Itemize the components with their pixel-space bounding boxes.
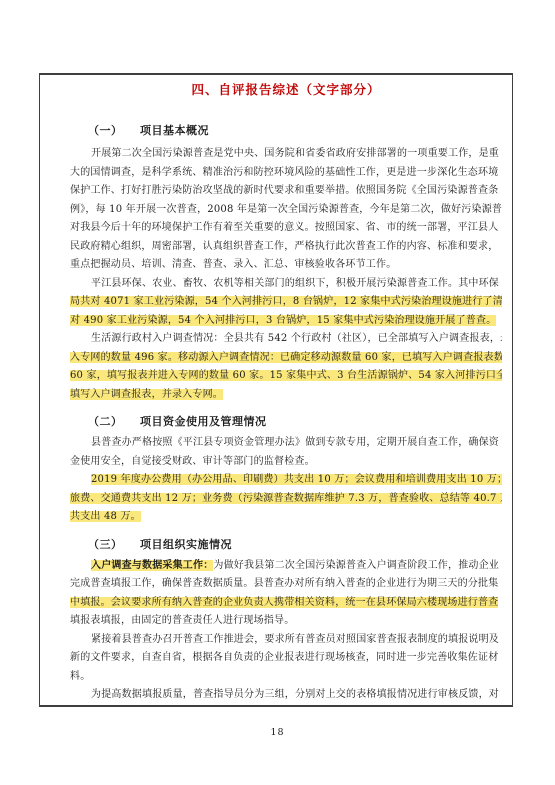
text-segment: （一） 项目基本概况 (88, 124, 209, 137)
section-heading: （一） 项目基本概况 (70, 121, 502, 141)
highlighted-text: 中填报。会议要求所有纳入普查的企业负责人携带相关资料，统一在县环保局六楼现场进行… (70, 597, 498, 608)
text-segment: （三） 项目组织实施情况 (88, 538, 232, 551)
text-segment: 对我县今后十年的环境保护工作有着至关重要的意义。按照国家、省、市的统一部署，平江… (70, 222, 498, 233)
highlighted-text: 入专网的数量 496 家。移动源入户调查情况：已确定移动源数量 60 家，已填写… (70, 352, 502, 363)
text-line: 县普查办严格按照《平江县专项资金管理办法》做到专款专用，定期开展自查工作，确保资 (70, 434, 502, 453)
text-segment: 重点把握动员、培训、清查、普查、录入、汇总、审核验收各环节工作。 (70, 259, 396, 270)
text-line: 局共对 4071 家工业污染源，54 个入河排污口，8 台锅炉，12 家集中式污… (70, 293, 502, 312)
highlighted-text: 局共对 4071 家工业污染源，54 个入河排污口，8 台锅炉，12 家集中式污… (70, 296, 502, 307)
highlighted-text: 入户调查与数据采集工作： (91, 560, 213, 571)
text-line: 2019 年度办公费用（办公用品、印刷费）共支出 10 万；会议费用和培训费用支… (70, 471, 502, 490)
text-segment: 料。 (70, 671, 90, 682)
text-line: 例》，每 10 年开展一次普查，2008 年是第一次全国污染源普查，今年是第二次… (70, 201, 502, 220)
text-segment: 县普查办严格按照《平江县专项资金管理办法》做到专款专用，定期开展自查工作，确保资 (91, 437, 499, 448)
text-line: 60 家，填写报表并进入专网的数量 60 家。15 家集中式、3 台生活源锅炉、… (70, 367, 502, 386)
text-segment: 为做好我县第二次全国污染源普查入户调查阶段工作，推动企业 (213, 560, 499, 571)
text-segment: 民政府精心组织，周密部署，认真组织普查工作，严格执行此次普查工作的内容、标准和要… (70, 241, 498, 252)
text-line: 生活源行政村入户调查情况：全县共有 542 个行政村（社区），已全部填写入户调查… (70, 330, 502, 349)
text-line: 重点把握动员、培训、清查、普查、录入、汇总、审核验收各环节工作。 (70, 256, 502, 275)
highlighted-text: 旅费、交通费共支出 12 万；业务费（污染源普查数据库维护 7.3 万，普查验收… (70, 493, 502, 504)
text-line: 保护工作、打好打胜污染防治攻坚战的新时代要求和重要举措。依照国务院《全国污染源普… (70, 182, 502, 201)
section-heading: （二） 项目资金使用及管理情况 (70, 412, 502, 432)
text-line: 中填报。会议要求所有纳入普查的企业负责人携带相关资料，统一在县环保局六楼现场进行… (70, 594, 502, 613)
content-border-box: 四、自评报告综述（文字部分）（一） 项目基本概况开展第二次全国污染源普查是党中央… (39, 73, 513, 707)
text-line: 民政府精心组织，周密部署，认真组织普查工作，严格执行此次普查工作的内容、标准和要… (70, 238, 502, 257)
text-segment: 例》，每 10 年开展一次普查，2008 年是第一次全国污染源普查，今年是第二次… (70, 204, 502, 215)
text-line: 料。 (70, 668, 502, 687)
text-segment: 大的国情调查，是科学系统、精准治污和防控环境风险的基础性工作，更是进一步深化生态… (70, 167, 498, 178)
text-segment: 为提高数据填报质量，普查指导员分为三组，分别对上交的表格填报情况进行审核反馈，对 (91, 689, 499, 700)
highlighted-text: 对 490 家工业污染源，54 个入河排污口，3 台锅炉，15 家集中式污染治理… (70, 315, 496, 326)
text-line: 开展第二次全国污染源普查是党中央、国务院和省委省政府安排部署的一项重要工作，是重 (70, 145, 502, 164)
text-segment: 紧接着县普查办召开普查工作推进会，要求所有普查员对照国家普查报表制度的填报说明及 (91, 634, 499, 645)
text-segment: 填报表填报，由固定的普查责任人进行现场指导。 (70, 615, 294, 626)
text-line: 对 490 家工业污染源，54 个入河排污口，3 台锅炉，15 家集中式污染治理… (70, 312, 502, 331)
text-segment: 平江县环保、农业、畜牧、农机等相关部门的组织下，积极开展污染源普查工作。其中环保 (91, 278, 499, 289)
text-line: 完成普查填报工作，确保普查数据质量。县普查办对所有纳入普查的企业进行为期三天的分… (70, 575, 502, 594)
text-line: 填写入户调查报表，并录入专网。 (70, 386, 502, 405)
text-segment: 开展第二次全国污染源普查是党中央、国务院和省委省政府安排部署的一项重要工作，是重 (91, 148, 499, 159)
text-line: 对我县今后十年的环境保护工作有着至关重要的意义。按照国家、省、市的统一部署，平江… (70, 219, 502, 238)
text-line: 填报表填报，由固定的普查责任人进行现场指导。 (70, 612, 502, 631)
highlighted-text: 2019 年度办公费用（办公用品、印刷费）共支出 10 万；会议费用和培训费用支… (91, 474, 502, 485)
text-line: 新的文件要求，自查自省，根据各自负责的企业报表进行现场核查，同时进一步完善收集佐… (70, 649, 502, 668)
text-line: 入户调查与数据采集工作：为做好我县第二次全国污染源普查入户调查阶段工作，推动企业 (70, 557, 502, 576)
doc-title: 四、自评报告综述（文字部分） (70, 81, 502, 99)
text-segment: 四、自评报告综述（文字部分） (191, 82, 380, 97)
text-segment: 保护工作、打好打胜污染防治攻坚战的新时代要求和重要举措。依照国务院《全国污染源普… (70, 185, 498, 196)
highlighted-text: 填写入户调查报表，并录入专网。 (70, 389, 223, 400)
text-line: 金使用安全，自觉接受财政、审计等部门的监督检查。 (70, 453, 502, 472)
text-segment: 新的文件要求，自查自省，根据各自负责的企业报表进行现场核查，同时进一步完善收集佐… (70, 652, 498, 663)
text-segment: 金使用安全，自觉接受财政、审计等部门的监督检查。 (70, 456, 315, 467)
text-segment: 生活源行政村入户调查情况：全县共有 542 个行政村（社区），已全部填写入户调查… (91, 333, 502, 344)
text-line: 为提高数据填报质量，普查指导员分为三组，分别对上交的表格填报情况进行审核反馈，对 (70, 686, 502, 705)
text-line: 旅费、交通费共支出 12 万；业务费（污染源普查数据库维护 7.3 万，普查验收… (70, 490, 502, 509)
text-line: 大的国情调查，是科学系统、精准治污和防控环境风险的基础性工作，更是进一步深化生态… (70, 164, 502, 183)
text-line: 共支出 48 万。 (70, 508, 502, 527)
text-line: 紧接着县普查办召开普查工作推进会，要求所有普查员对照国家普查报表制度的填报说明及 (70, 631, 502, 650)
highlighted-text: 共支出 48 万。 (70, 511, 141, 522)
section-heading: （三） 项目组织实施情况 (70, 535, 502, 555)
text-line: 入专网的数量 496 家。移动源入户调查情况：已确定移动源数量 60 家，已填写… (70, 349, 502, 368)
highlighted-text: 60 家，填写报表并进入专网的数量 60 家。15 家集中式、3 台生活源锅炉、… (70, 370, 502, 381)
page-number: 18 (0, 727, 555, 738)
text-segment: 完成普查填报工作，确保普查数据质量。县普查办对所有纳入普查的企业进行为期三天的分… (70, 578, 498, 589)
report-page: 四、自评报告综述（文字部分）（一） 项目基本概况开展第二次全国污染源普查是党中央… (0, 0, 555, 785)
text-line: 平江县环保、农业、畜牧、农机等相关部门的组织下，积极开展污染源普查工作。其中环保 (70, 275, 502, 294)
document-lines: 四、自评报告综述（文字部分）（一） 项目基本概况开展第二次全国污染源普查是党中央… (70, 81, 502, 705)
text-segment: （二） 项目资金使用及管理情况 (88, 415, 267, 428)
